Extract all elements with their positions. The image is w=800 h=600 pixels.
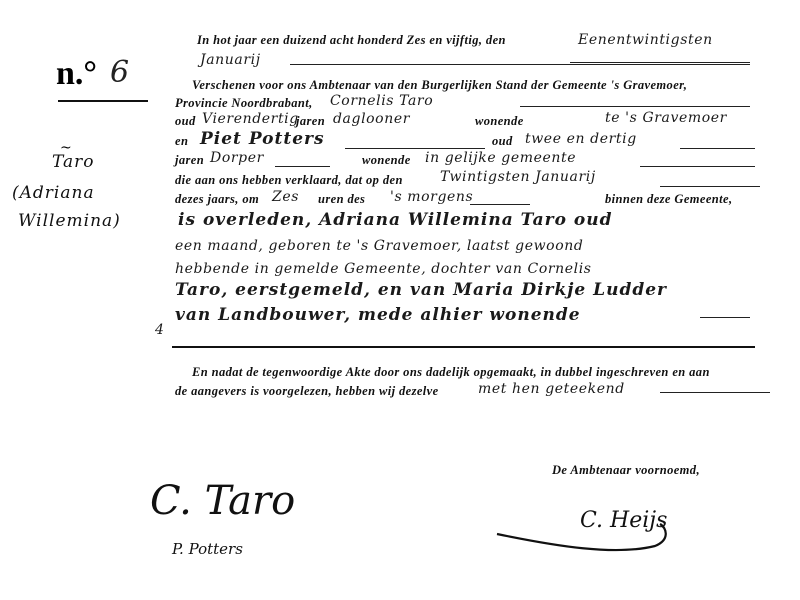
line-2-rule xyxy=(290,64,750,65)
line-9-printed-c: binnen deze Gemeente, xyxy=(605,192,732,207)
line-1-rule xyxy=(570,62,750,63)
line-9-time-of-day: 's morgens xyxy=(390,189,473,205)
line-3-printed: Verschenen voor ons Ambtenaar van den Bu… xyxy=(192,78,687,93)
line-5-wonende: wonende xyxy=(475,114,524,129)
line-5-residence: te 's Gravemoer xyxy=(605,110,727,126)
line-4-handwritten: Cornelis Taro xyxy=(330,93,433,109)
line-6-age: twee en dertig xyxy=(525,131,637,147)
line-7-wonende: wonende xyxy=(362,153,411,168)
body-line-4: Taro, eerstgemeld, en van Maria Dirkje L… xyxy=(175,280,667,300)
body-line-5: van Landbouwer, mede alhier wonende xyxy=(175,305,581,325)
line-5-age: Vierendertig xyxy=(202,111,299,127)
line-9-hour: Zes xyxy=(272,189,299,205)
closing-line-2: de aangevers is voorgelezen, hebben wij … xyxy=(175,384,439,399)
line-5-occupation: daglooner xyxy=(333,111,410,127)
line-8-rule xyxy=(660,186,760,187)
body-line-1: is overleden, Adriana Willemina Taro oud xyxy=(178,210,612,230)
closing-line-2-rule xyxy=(660,392,770,393)
body-line-3: hebbende in gemelde Gemeente, dochter va… xyxy=(175,261,592,277)
line-6-rule-a xyxy=(345,148,485,149)
official-signature-flourish xyxy=(495,520,675,560)
declarant-1-signature: C. Taro xyxy=(150,478,295,524)
line-2-handwritten: Januarij xyxy=(200,52,261,68)
line-9-printed-a: dezes jaars, om xyxy=(175,192,259,207)
line-9-rule xyxy=(470,204,530,205)
line-7-rule-b xyxy=(640,166,755,167)
closing-line-2-handwritten: met hen geteekend xyxy=(478,381,625,397)
line-8-date: Twintigsten Januarij xyxy=(440,169,596,185)
body-line-5-rule xyxy=(700,317,750,318)
line-5-oud: oud xyxy=(175,114,196,129)
body-line-2: een maand, geboren te 's Gravemoer, laat… xyxy=(175,238,583,254)
declarant-2-signature: P. Potters xyxy=(172,540,243,558)
line-4-printed: Provincie Noordbrabant, xyxy=(175,96,313,111)
line-1-handwritten: Eenentwintigsten xyxy=(578,32,713,48)
record-number-label: n.° xyxy=(56,55,97,93)
margin-note-given-2: Willemina) xyxy=(18,211,121,231)
margin-note-given-1: (Adriana xyxy=(12,183,95,203)
line-6-rule-b xyxy=(680,148,755,149)
line-6-oud: oud xyxy=(492,134,513,149)
official-label: De Ambtenaar voornoemd, xyxy=(552,463,700,478)
line-6-witness-name: Piet Potters xyxy=(200,129,325,149)
line-1-printed: In hot jaar een duizend acht honderd Zes… xyxy=(197,33,506,48)
line-6-en: en xyxy=(175,134,188,149)
line-4-rule xyxy=(520,106,750,107)
margin-note-surname: Taro xyxy=(52,152,95,172)
line-5-jaren: jaren xyxy=(296,114,325,129)
line-7-occupation: Dorper xyxy=(210,150,264,166)
line-8-printed: die aan ons hebben verklaard, dat op den xyxy=(175,173,403,188)
closing-line-1: En nadat de tegenwoordige Akte door ons … xyxy=(192,365,710,380)
record-number-underline xyxy=(58,100,148,102)
line-9-printed-b: uren des xyxy=(318,192,365,207)
line-7-jaren: jaren xyxy=(175,153,204,168)
line-7-rule-a xyxy=(275,166,330,167)
margin-mark: 4 xyxy=(155,322,165,338)
section-divider xyxy=(172,346,755,348)
record-number: 6 xyxy=(110,55,129,90)
line-7-residence: in gelijke gemeente xyxy=(425,150,576,166)
